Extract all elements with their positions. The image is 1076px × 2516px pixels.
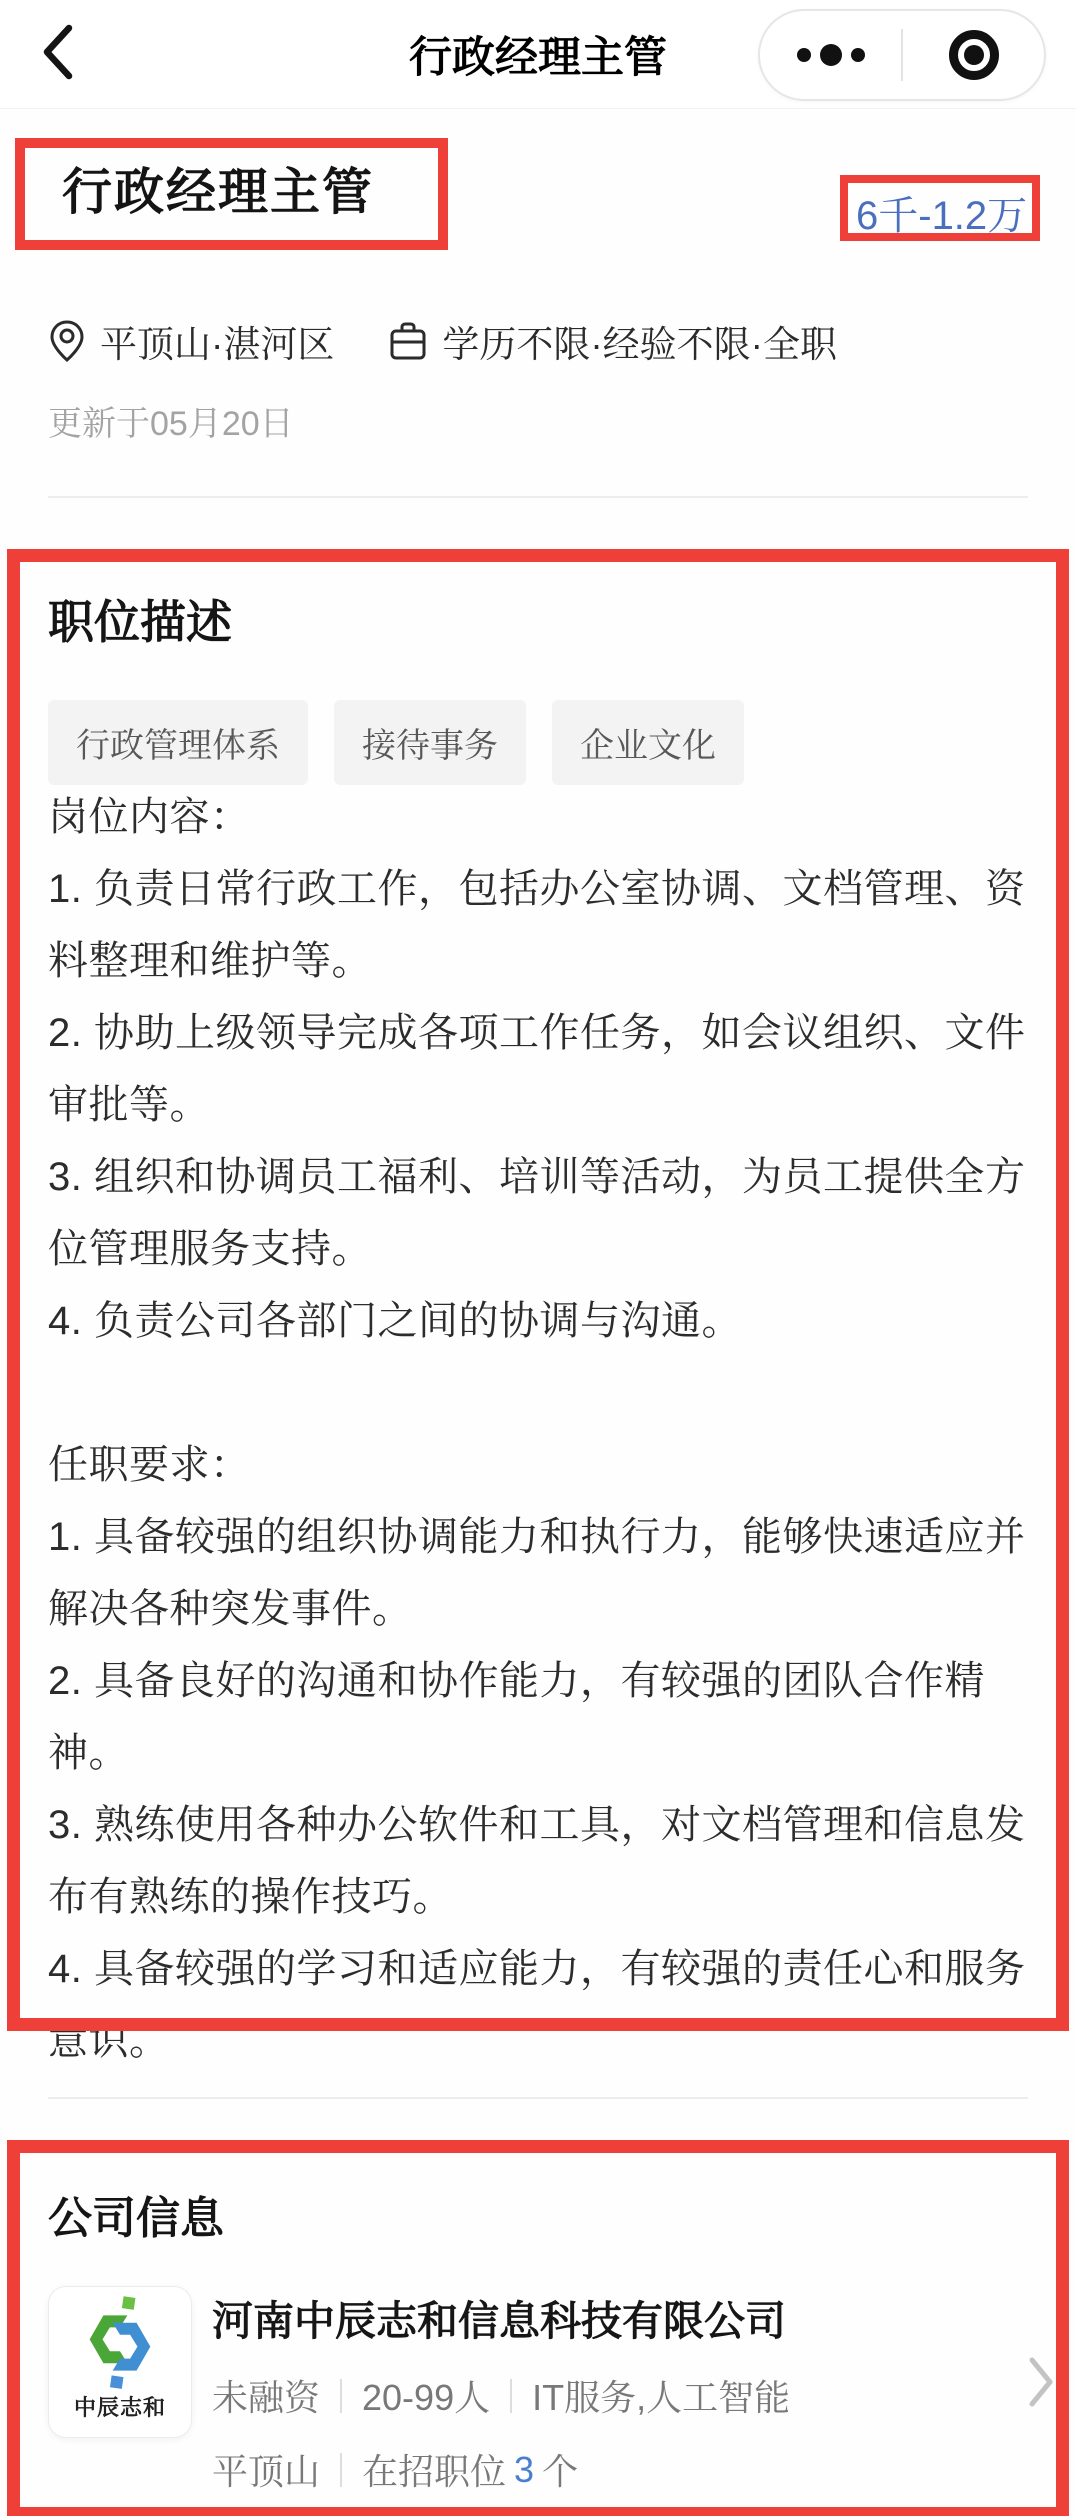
record-circle-icon <box>949 30 999 80</box>
job-title: 行政经理主管 <box>62 152 374 224</box>
company-city: 平顶山 <box>212 2444 320 2495</box>
briefcase-icon <box>388 320 428 362</box>
company-heading: 公司信息 <box>48 2182 224 2246</box>
tag-chip: 企业文化 <box>552 700 744 785</box>
chevron-right-icon[interactable] <box>1026 2352 1056 2417</box>
separator <box>340 2379 342 2413</box>
updated-date: 更新于05月20日 <box>48 396 294 445</box>
miniprogram-capsule <box>758 9 1046 101</box>
job-description-text: 岗位内容： 1. 负责日常行政工作，包括办公室协调、文档管理、资料整理和维护等。… <box>48 781 1033 2077</box>
divider <box>48 2097 1028 2099</box>
more-menu-button[interactable] <box>760 11 901 99</box>
job-salary: 6千-1.2万 <box>856 184 1027 241</box>
tag-chip: 行政管理体系 <box>48 700 308 785</box>
company-industry: IT服务,人工智能 <box>532 2370 790 2421</box>
job-requirements-text: 学历不限·经验不限·全职 <box>442 314 837 368</box>
separator <box>510 2379 512 2413</box>
more-dots-icon <box>797 44 865 66</box>
close-miniprogram-button[interactable] <box>903 11 1044 99</box>
company-size: 20-99人 <box>362 2370 490 2421</box>
navbar: 行政经理主管 <box>0 0 1076 109</box>
job-requirements: 学历不限·经验不限·全职 <box>388 314 837 368</box>
company-logo-icon <box>74 2295 166 2391</box>
job-meta-row: 平顶山·湛河区 学历不限·经验不限·全职 <box>48 316 1038 366</box>
company-name: 河南中辰志和信息科技有限公司 <box>212 2288 786 2347</box>
company-funding: 未融资 <box>212 2370 320 2421</box>
company-openings-row: 平顶山 在招职位 3 个 <box>212 2444 578 2495</box>
openings-count: 3 <box>514 2449 534 2491</box>
company-card[interactable]: 中辰志和 河南中辰志和信息科技有限公司 未融资 20-99人 IT服务,人工智能… <box>48 2282 1038 2487</box>
openings-label: 在招职位 <box>362 2444 506 2495</box>
description-heading: 职位描述 <box>48 586 232 652</box>
company-meta-row: 未融资 20-99人 IT服务,人工智能 <box>212 2370 790 2421</box>
company-logo-text: 中辰志和 <box>74 2391 166 2422</box>
separator <box>340 2453 342 2487</box>
location-pin-icon <box>48 319 86 363</box>
openings-unit: 个 <box>542 2444 578 2495</box>
tag-chip: 接待事务 <box>334 700 526 785</box>
job-location: 平顶山·湛河区 <box>48 314 334 368</box>
divider <box>48 496 1028 498</box>
job-detail-page: 行政经理主管 行政经理主管 6千-1.2万 <box>0 0 1076 2516</box>
keyword-tags: 行政管理体系 接待事务 企业文化 <box>48 700 744 785</box>
company-logo: 中辰志和 <box>48 2286 192 2438</box>
job-location-text: 平顶山·湛河区 <box>100 314 334 368</box>
